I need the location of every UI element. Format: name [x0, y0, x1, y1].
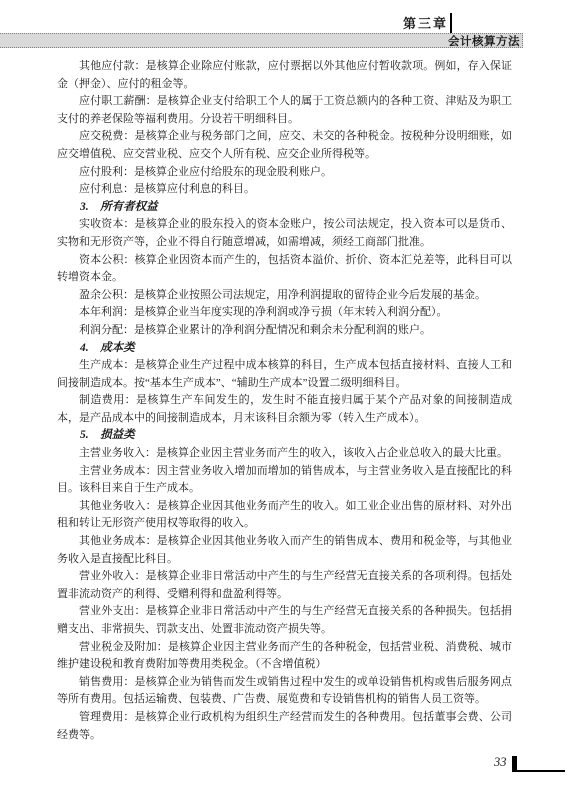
paragraph: 生产成本：是核算企业生产过程中成本核算的科目，生产成本包括直接材料、直接人工和间… [57, 357, 512, 392]
paragraph: 资本公积：核算企业因资本而产生的，包括资本溢价、折价、资本汇兑差等，此科目可以转… [57, 252, 512, 287]
paragraph: 利润分配：是核算企业累计的净利润分配情况和剩余未分配利润的账户。 [57, 322, 512, 340]
paragraph: 制造费用：是核算生产车间发生的，发生时不能直接归属于某个产品对象的间接制造成本，… [57, 392, 512, 427]
paragraph: 应付职工薪酬：是核算企业支付给职工个人的属于工资总额内的各种工资、津贴及为职工支… [57, 93, 512, 128]
section-heading: 3. 所有者权益 [57, 199, 512, 217]
document-page: 第三章 会计核算方法 其他应付款：是核算企业除应付账款，应付票据以外其他应付暂收… [0, 0, 569, 800]
page-number: 33 [494, 754, 507, 770]
paragraph: 盈余公积：是核算企业按照公司法规定，用净利润提取的留待企业今后发展的基金。 [57, 287, 512, 305]
paragraph: 本年利润：是核算企业当年度实现的净利润或净亏损（年末转入利润分配）。 [57, 304, 512, 322]
paragraph: 应交税费：是核算企业与税务部门之间，应交、未交的各种税金。按税种分设明细账，如应… [57, 128, 512, 163]
paragraph: 营业外收入：是核算企业非日常活动中产生的与生产经营无直接关系的各项利得。包括处置… [57, 568, 512, 603]
paragraph: 营业税金及附加：是核算企业因主营业务而产生的各种税金，包括营业税、消费税、城市维… [57, 639, 512, 674]
section-heading: 5. 损益类 [57, 427, 512, 445]
paragraph: 其他业务收入：是核算企业因其他业务而产生的收入。如工业企业出售的原材料、对外出租… [57, 498, 512, 533]
paragraph: 实收资本：是核算企业的股东投入的资本金账户，按公司法规定，投入资本可以是货币、实… [57, 216, 512, 251]
paragraph: 主营业务成本：因主营业务收入增加而增加的销售成本，与主营业务收入是直接配比的科目… [57, 463, 512, 498]
chapter-title: 第三章 [403, 16, 448, 32]
header-bar: 会计核算方法 [0, 33, 523, 48]
footer-rule [517, 770, 565, 772]
paragraph: 应付股利：是核算企业应付给股东的现金股利账户。 [57, 164, 512, 182]
paragraph: 其他应付款：是核算企业除应付账款，应付票据以外其他应付暂收款项。例如，存入保证金… [57, 58, 512, 93]
paragraph: 营业外支出：是核算企业非日常活动中产生的与生产经营无直接关系的各种损失。包括捐赠… [57, 603, 512, 638]
paragraph: 主营业务收入：是核算企业因主营业务而产生的收入，该收入占企业总收入的最大比重。 [57, 445, 512, 463]
paragraph: 管理费用：是核算企业行政机构为组织生产经营而发生的各种费用。包括董事会费、公司经… [57, 709, 512, 744]
paragraph: 其他业务成本：是核算企业因其他业务收入而产生的销售成本、费用和税金等，与其他业务… [57, 533, 512, 568]
paragraph: 应付利息：是核算应付利息的科目。 [57, 181, 512, 199]
section-title: 会计核算方法 [448, 33, 522, 49]
section-heading: 4. 成本类 [57, 340, 512, 358]
body-text: 其他应付款：是核算企业除应付账款，应付票据以外其他应付暂收款项。例如，存入保证金… [57, 58, 512, 744]
paragraph: 销售费用：是核算企业为销售而发生或销售过程中发生的或单设销售机构或售后服务网点等… [57, 674, 512, 709]
